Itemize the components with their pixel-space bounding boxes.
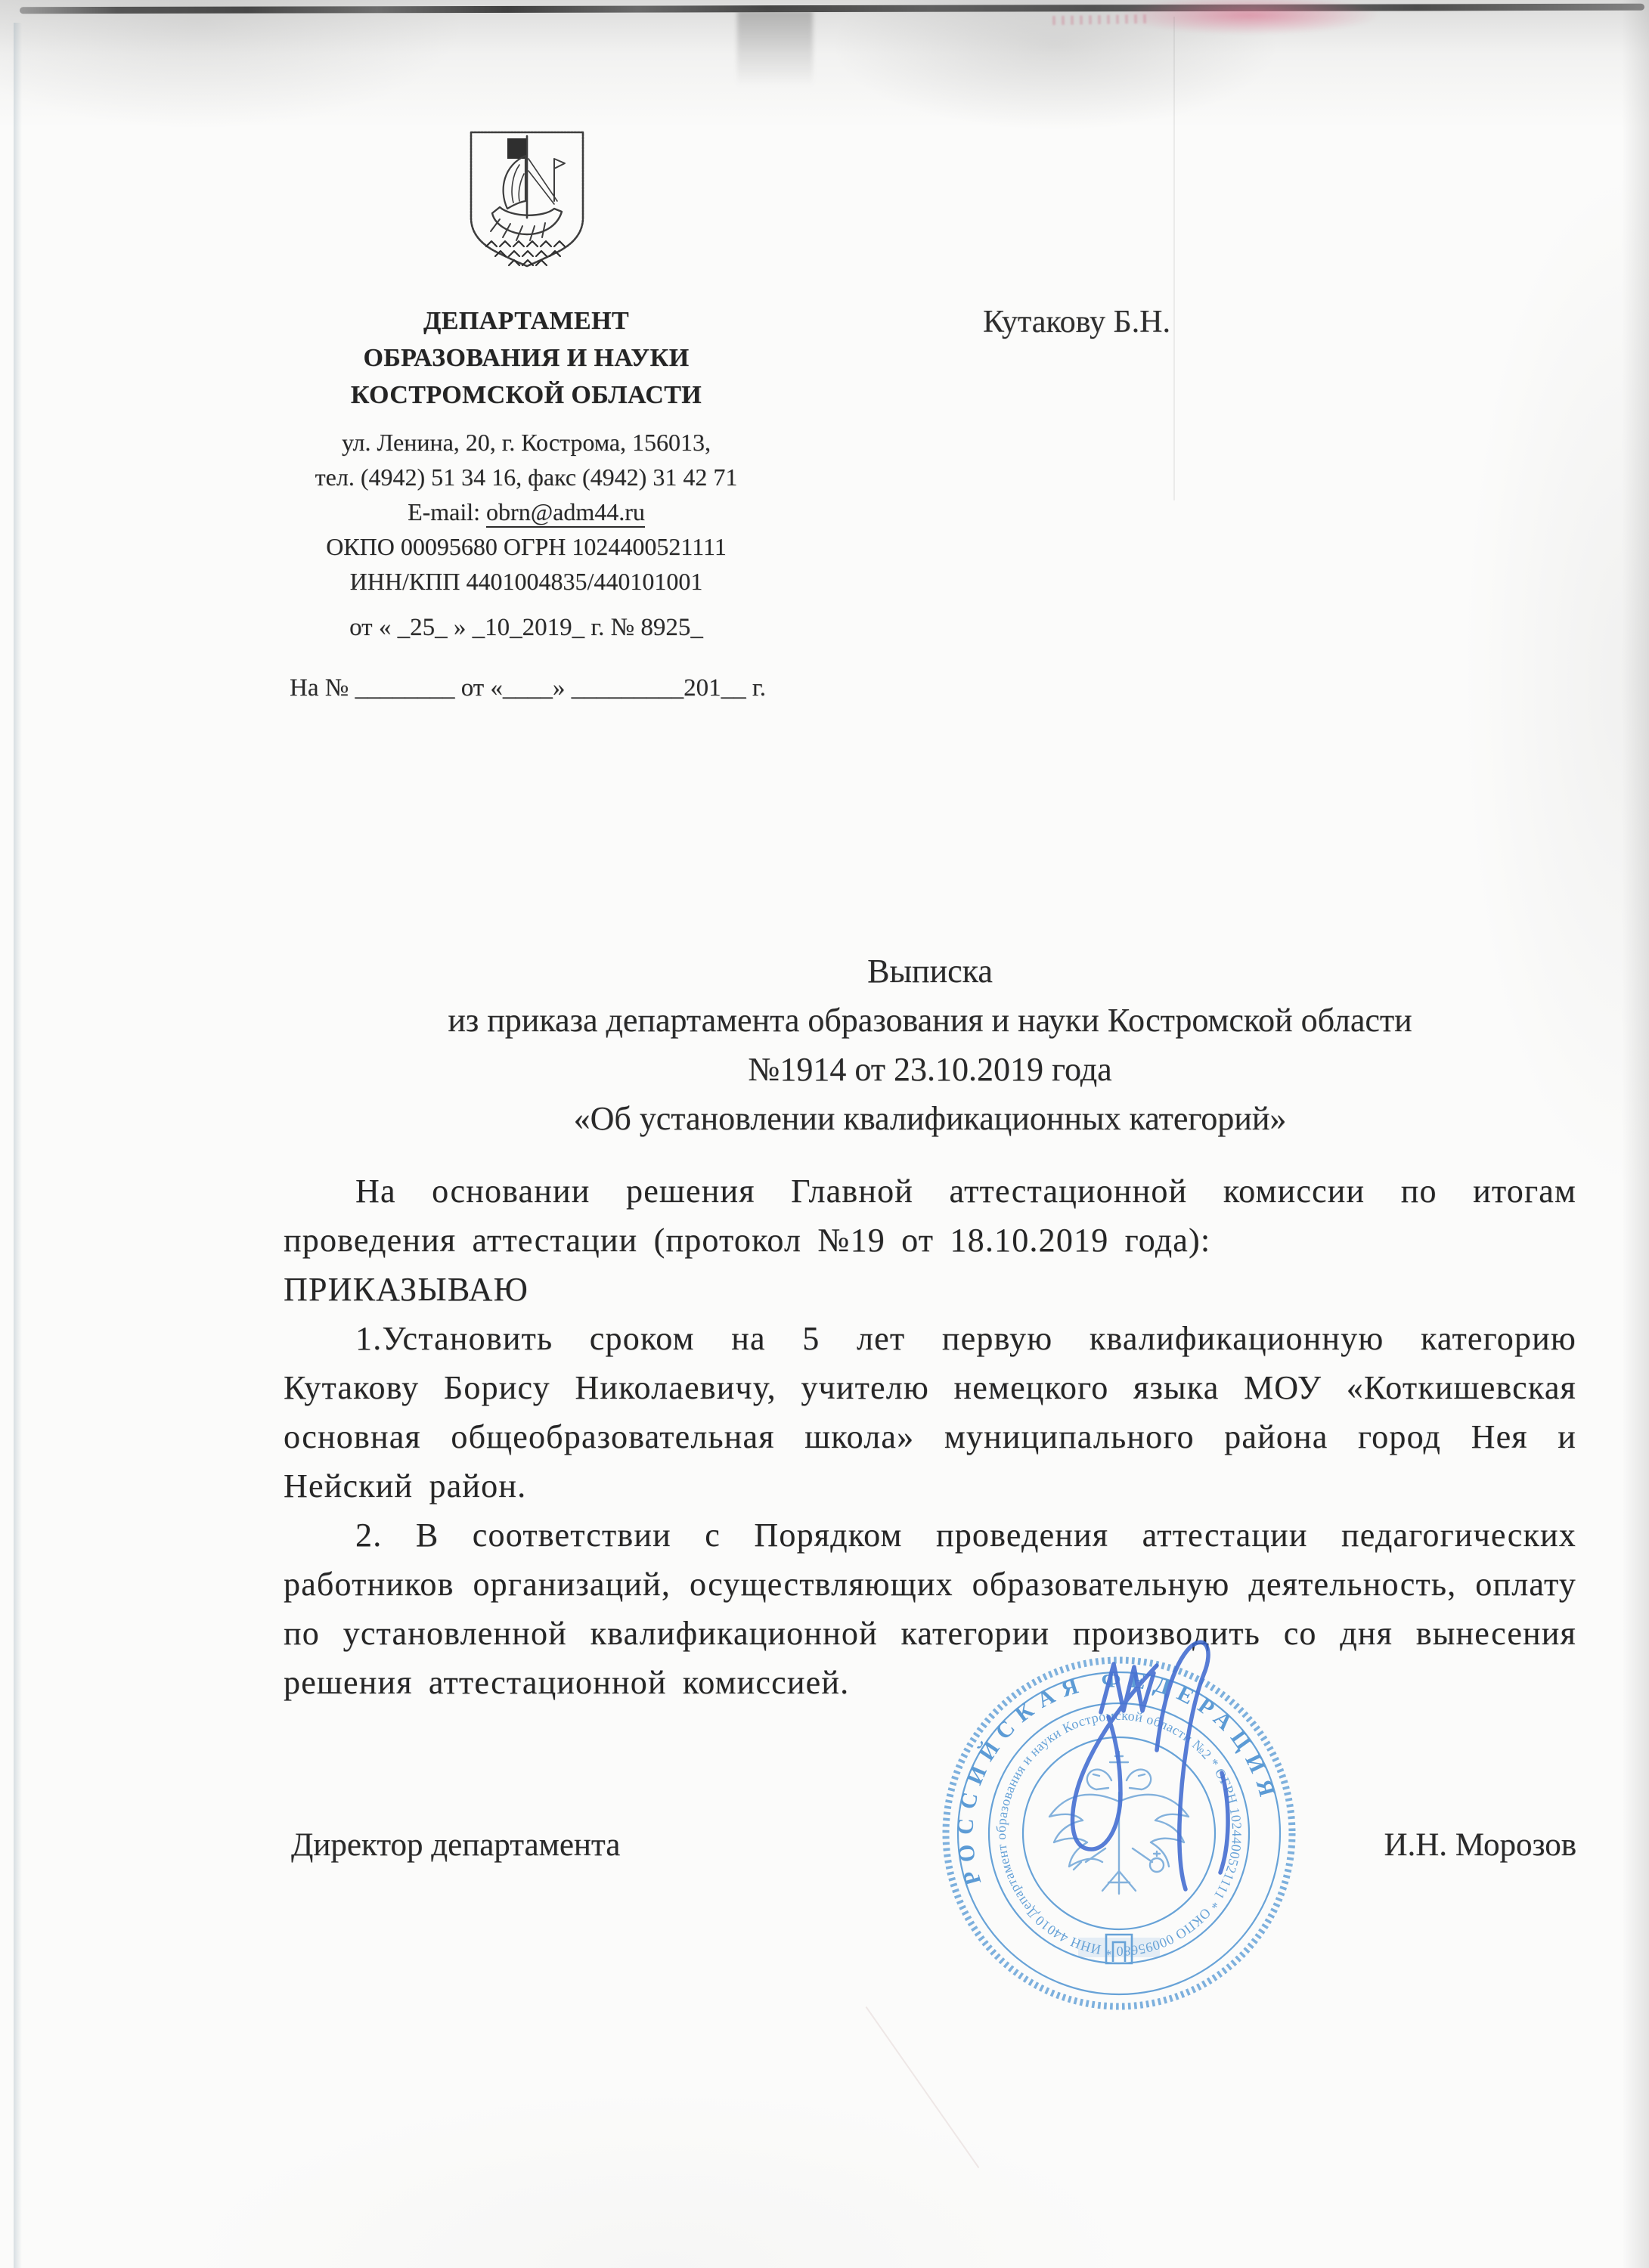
addressee: Кутакову Б.Н. bbox=[983, 304, 1170, 340]
body-item-1: 1.Установить сроком на 5 лет первую квал… bbox=[284, 1314, 1576, 1510]
scan-pink-speckles bbox=[1052, 14, 1151, 25]
title-line3: №1914 от 23.10.2019 года bbox=[284, 1045, 1576, 1094]
org-phone-fax: тел. (4942) 51 34 16, факс (4942) 31 42 … bbox=[250, 460, 803, 494]
reference-number-line: На № ________ от «____» _________201__ г… bbox=[263, 674, 792, 702]
official-round-stamp: РОССИЙСКАЯ ФЕДЕРАЦИЯ Департамент образов… bbox=[930, 1622, 1316, 2022]
scan-pink-smudge bbox=[1119, 0, 1380, 35]
scan-top-shading bbox=[0, 0, 1649, 129]
org-address-street: ул. Ленина, 20, г. Кострома, 156013, bbox=[250, 425, 803, 460]
scan-crease-vertical bbox=[1173, 17, 1175, 500]
body-order-word: ПРИКАЗЫВАЮ bbox=[284, 1265, 1576, 1314]
org-inn-kpp: ИНН/КПП 4401004835/440101001 bbox=[250, 564, 803, 599]
org-email-line: E-mail: obrn@adm44.ru bbox=[250, 494, 803, 529]
document-title: Выписка из приказа департамента образова… bbox=[284, 947, 1576, 1143]
scan-right-edge bbox=[1622, 0, 1649, 2268]
title-line2: из приказа департамента образования и на… bbox=[284, 996, 1576, 1045]
kostroma-coat-of-arms-icon bbox=[465, 129, 589, 271]
body-paragraph-1: На основании решения Главной аттестацион… bbox=[284, 1167, 1576, 1265]
scan-left-edge bbox=[14, 23, 22, 2268]
scan-gray-smudge bbox=[737, 11, 813, 86]
scan-top-edge bbox=[20, 4, 1644, 14]
document-date-number: от « _25_ » _10_2019_ г. № 8925_ bbox=[272, 614, 780, 642]
scan-crease-diagonal bbox=[866, 2006, 980, 2168]
title-line4: «Об установлении квалификационных катего… bbox=[284, 1094, 1576, 1143]
email-value: obrn@adm44.ru bbox=[486, 498, 645, 528]
title-line1: Выписка bbox=[284, 947, 1576, 996]
email-label: E-mail: bbox=[408, 498, 486, 525]
signatory-name: И.Н. Морозов bbox=[1384, 1826, 1576, 1864]
org-name: ДЕПАРТАМЕНТ ОБРАЗОВАНИЯ И НАУКИ КОСТРОМС… bbox=[272, 302, 780, 414]
org-address-block: ул. Ленина, 20, г. Кострома, 156013, тел… bbox=[250, 425, 803, 599]
org-name-line1: ДЕПАРТАМЕНТ bbox=[272, 302, 780, 339]
stamp-bottom-ornament bbox=[1078, 1935, 1160, 1963]
org-name-line3: КОСТРОМСКОЙ ОБЛАСТИ bbox=[272, 376, 780, 414]
scanned-document-page: ДЕПАРТАМЕНТ ОБРАЗОВАНИЯ И НАУКИ КОСТРОМС… bbox=[0, 0, 1649, 2268]
signatory-role: Директор департамента bbox=[291, 1826, 620, 1864]
org-name-line2: ОБРАЗОВАНИЯ И НАУКИ bbox=[272, 339, 780, 376]
org-okpo-ogrn: ОКПО 00095680 ОГРН 1024400521111 bbox=[250, 529, 803, 564]
